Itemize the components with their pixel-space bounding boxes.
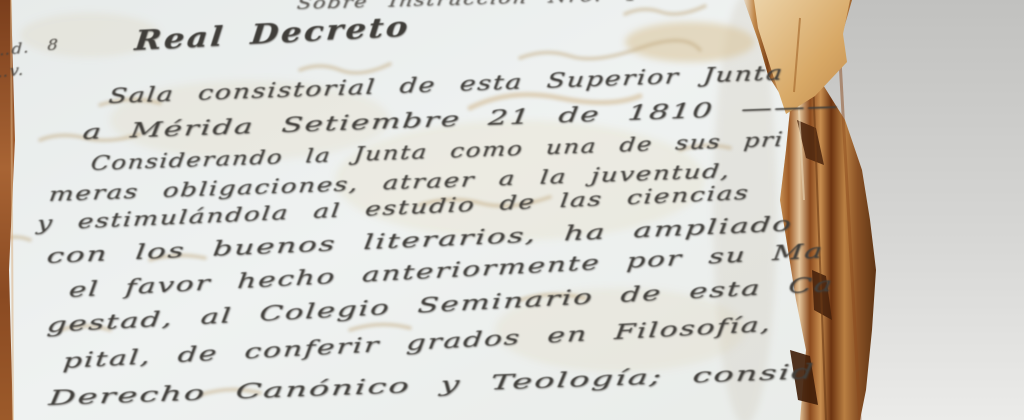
manuscript-photo: Sobre Instrucción Nro. 4° Real Decreto ……: [0, 0, 1024, 420]
margin-fragment: …v.: [0, 61, 25, 83]
document-title: Real Decreto: [133, 12, 411, 58]
margin-fragment: …d. 8: [0, 35, 59, 60]
header-note: Sobre Instrucción Nro. 4°: [296, 0, 652, 14]
handwriting-layer: Sobre Instrucción Nro. 4° Real Decreto ……: [0, 0, 1024, 420]
